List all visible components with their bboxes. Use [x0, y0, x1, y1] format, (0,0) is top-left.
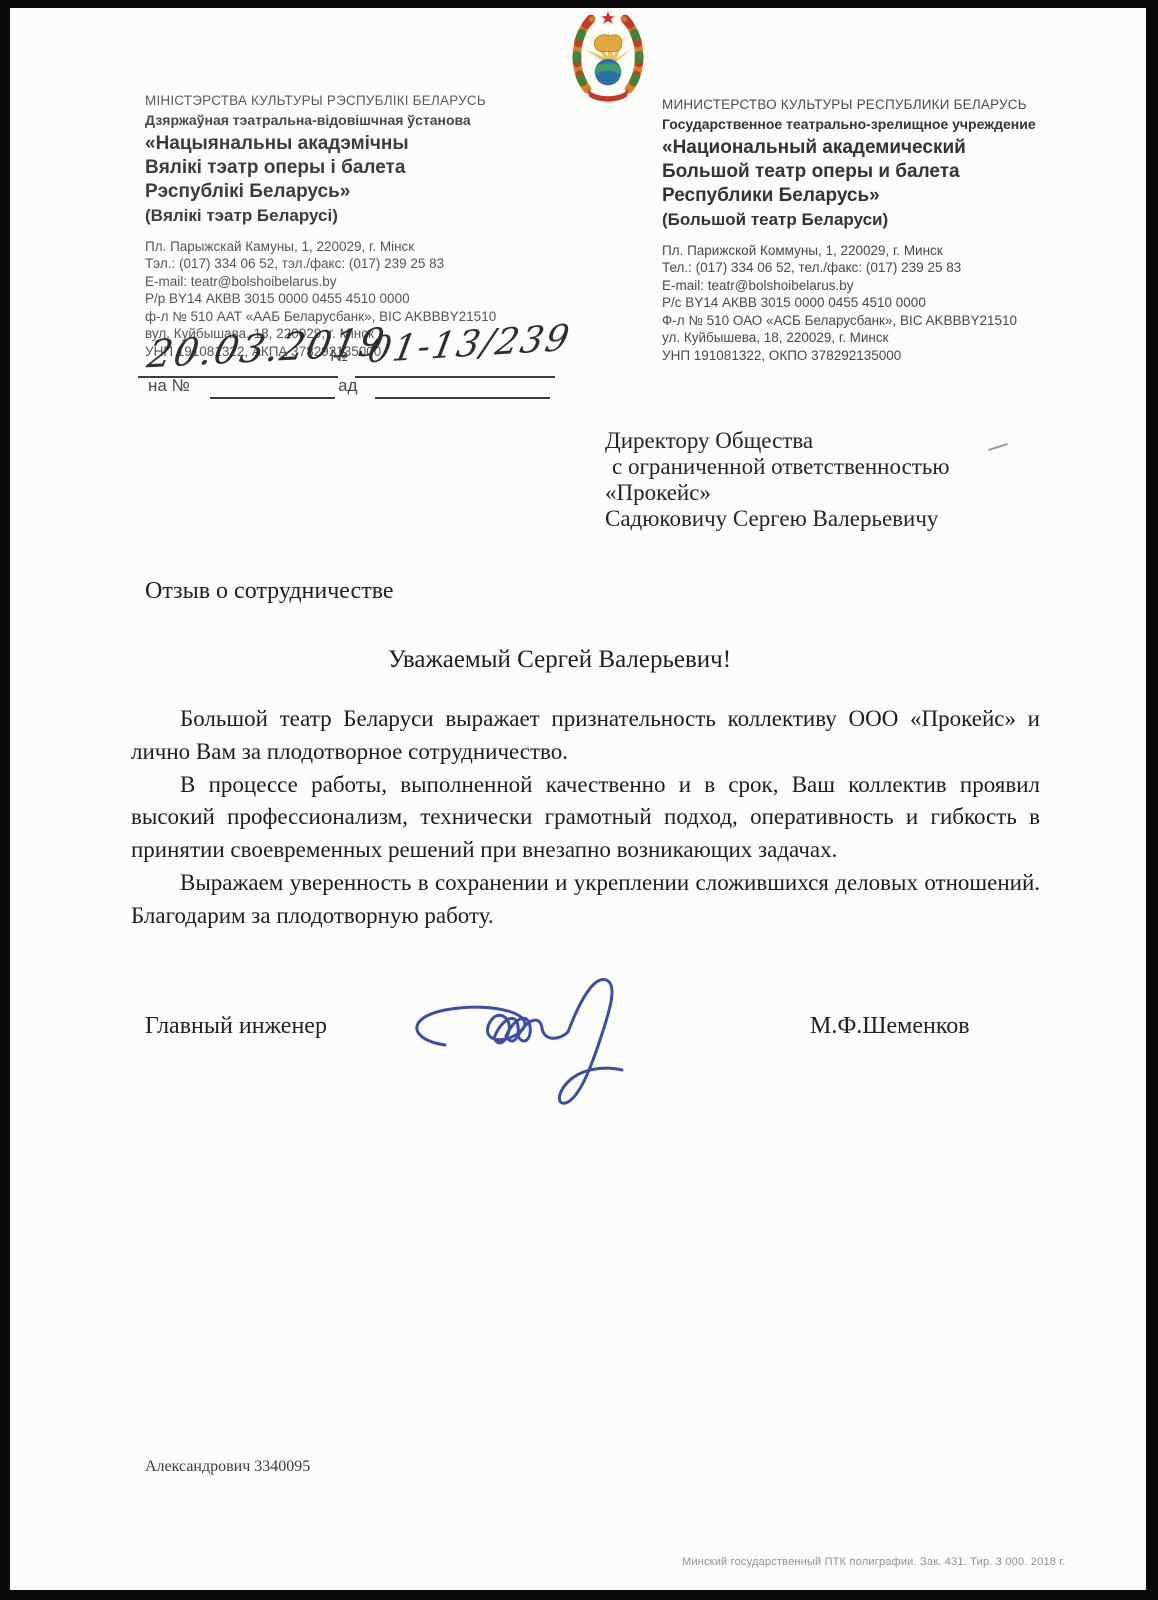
ministry-line-by: МІНІСТЭРСТВА КУЛЬТУРЫ РЭСПУБЛІКІ БЕЛАРУС…	[145, 92, 585, 109]
org-name-by-3: Рэспублікі Беларусь»	[145, 180, 585, 204]
number-underline	[355, 376, 555, 378]
address-line: E-mail: teatr@bolshoibelarus.by	[145, 273, 585, 291]
org-type-ru: Государственное театрально-зрелищное учр…	[662, 116, 1102, 134]
recipient-block: Директору Общества с ограниченной ответс…	[605, 428, 950, 532]
address-line: Р/с BY14 АКВВ 3015 0000 0455 4510 0000	[662, 294, 1102, 312]
body-paragraph: Большой театр Беларуси выражает признате…	[131, 703, 1040, 769]
org-name-by-1: «Нацыянальны акадэмічны	[145, 132, 585, 156]
address-line: Тел.: (017) 334 06 52, тел./факс: (017) …	[662, 259, 1102, 277]
print-shop-info: Минский государственный ПТК полиграфии. …	[682, 1556, 1066, 1568]
signer-position: Главный инженер	[145, 1013, 327, 1040]
address-line: Пл. Парижской Коммуны, 1, 220029, г. Мин…	[662, 242, 1102, 260]
reply-date-blank-line	[375, 397, 550, 399]
org-name-ru-2: Большой театр оперы и балета	[662, 160, 1102, 184]
executor-line: Александрович 3340095	[145, 1458, 310, 1476]
recipient-line: Садюковичу Сергею Валерьевичу	[605, 506, 950, 532]
org-name-ru-1: «Национальный академический	[662, 136, 1102, 160]
org-name-ru-3: Республики Беларусь»	[662, 184, 1102, 208]
address-line: Тэл.: (017) 334 06 52, тэл./факс: (017) …	[145, 255, 585, 273]
letterhead-right-column: МИНИСТЕРСТВО КУЛЬТУРЫ РЕСПУБЛИКИ БЕЛАРУС…	[662, 96, 1102, 365]
pencil-mark	[988, 443, 1008, 451]
address-line: ул. Куйбышева, 18, 220029, г. Минск	[662, 329, 1102, 347]
recipient-line: «Прокейс»	[605, 480, 950, 506]
letter-body: Большой театр Беларуси выражает признате…	[131, 703, 1040, 933]
scanned-letter-page: МІНІСТЭРСТВА КУЛЬТУРЫ РЭСПУБЛІКІ БЕЛАРУС…	[0, 0, 1158, 1600]
number-sign-label: №	[330, 346, 348, 366]
address-line: E-mail: teatr@bolshoibelarus.by	[662, 277, 1102, 295]
body-paragraph: В процессе работы, выполненной качествен…	[131, 769, 1040, 867]
body-paragraph: Выражаем уверенность в сохранении и укре…	[131, 867, 1040, 933]
recipient-line: с ограниченной ответственностью	[605, 454, 950, 480]
signature-scrawl	[390, 970, 790, 1125]
org-short-name-by: (Вялікі тэатр Беларусі)	[145, 205, 585, 227]
salutation: Уважаемый Сергей Валерьевич!	[388, 646, 731, 674]
org-type-by: Дзяржаўная тэатральна-відовішчная ўстано…	[145, 112, 585, 130]
org-short-name-ru: (Большой театр Беларуси)	[662, 209, 1102, 231]
address-line: УНП 191081322, ОКПО 378292135000	[662, 347, 1102, 365]
org-name-by-2: Вялікі тэатр оперы і балета	[145, 156, 585, 180]
reply-number-blank-line	[210, 397, 335, 399]
address-line: Р/р BY14 АКВВ 3015 0000 0455 4510 0000	[145, 290, 585, 308]
address-line: Пл. Парыжскай Камуны, 1, 220029, г. Мінс…	[145, 238, 585, 256]
reply-to-number-label: на №	[148, 376, 190, 396]
address-line: Ф-л № 510 ОАО «АСБ Беларусбанк», BIC AKB…	[662, 312, 1102, 330]
letter-sheet: МІНІСТЭРСТВА КУЛЬТУРЫ РЭСПУБЛІКІ БЕЛАРУС…	[10, 8, 1146, 1590]
ministry-line-ru: МИНИСТЕРСТВО КУЛЬТУРЫ РЕСПУБЛИКИ БЕЛАРУС…	[662, 96, 1102, 113]
subject-line: Отзыв о сотрудничестве	[145, 578, 394, 605]
recipient-line: Директору Общества	[605, 428, 950, 454]
signer-name: М.Ф.Шеменков	[810, 1013, 970, 1040]
reply-from-date-label: ад	[338, 376, 357, 396]
address-block-ru: Пл. Парижской Коммуны, 1, 220029, г. Мин…	[662, 242, 1102, 365]
